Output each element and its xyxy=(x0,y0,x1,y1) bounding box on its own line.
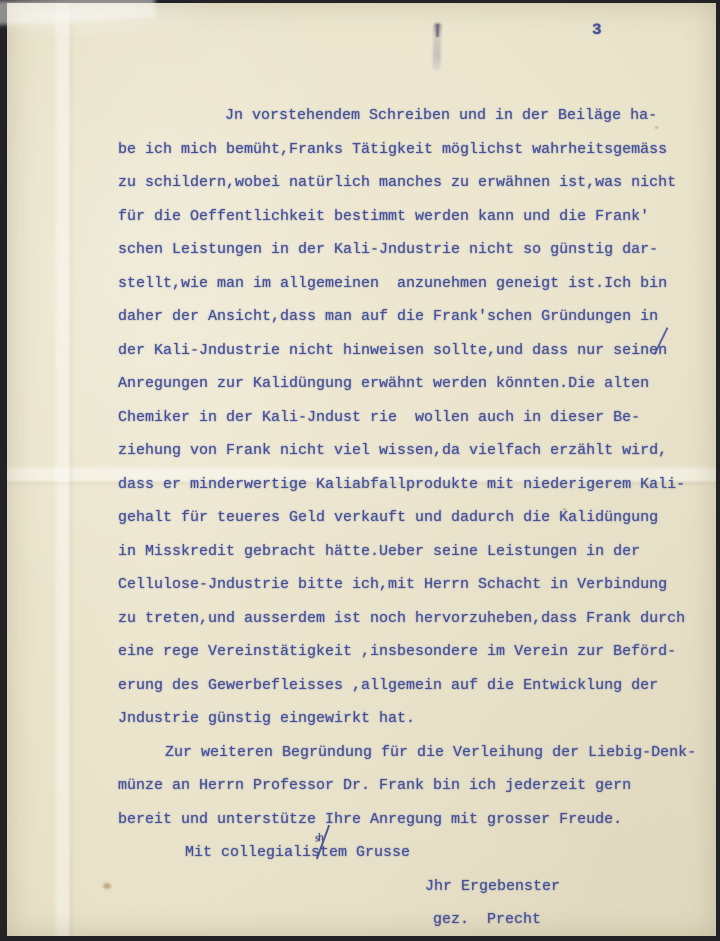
typed-line: Jndustrie günstig eingewirkt hat. xyxy=(118,702,718,736)
typed-line: zu schildern,wobei natürlich manches zu … xyxy=(118,166,718,200)
tape-mark xyxy=(0,0,156,25)
typed-line: stellt,wie man im allgemeinen anzunehmen… xyxy=(118,267,718,301)
paper-sheet: 3 Jn vorstehendem Schreiben und in der B… xyxy=(7,3,716,936)
typed-line: Chemiker in der Kali-Jndust rie wollen a… xyxy=(118,401,718,435)
typed-line: dass er minderwertige Kaliabfallprodukte… xyxy=(118,468,718,502)
page-number: 3 xyxy=(592,21,602,39)
typed-line: daher der Ansicht,dass man auf die Frank… xyxy=(118,300,718,334)
typed-line: be ich mich bemüht,Franks Tätigkeit mögl… xyxy=(118,133,718,167)
scanned-letter-page: { "page": { "page_number": "3", "paper_c… xyxy=(0,0,720,941)
typed-line: gez. Precht xyxy=(118,903,718,937)
typed-line: Jn vorstehendem Schreiben und in der Bei… xyxy=(118,99,718,133)
typed-line: ziehung von Frank nicht viel wissen,da v… xyxy=(118,434,718,468)
typed-line-with-strikeout: der Kali-Jndustrie nicht hinweisen sollt… xyxy=(118,334,718,368)
struck-character: tsh xyxy=(320,836,329,870)
typed-line: in Misskredit gebracht hätte.Ueber seine… xyxy=(118,535,718,569)
typed-line: eine rege Vereinstätigkeit ,insbesondere… xyxy=(118,635,718,669)
typed-line: zu treten,und ausserdem ist noch hervorz… xyxy=(118,602,718,636)
typed-line: gehalt für teueres Geld verkauft und dad… xyxy=(118,501,718,535)
typed-line: Cellulose-Jndustrie bitte ich,mit Herrn … xyxy=(118,568,718,602)
typed-line: für die Oeffentlichkeit bestimmt werden … xyxy=(118,200,718,234)
typed-line-with-correction: Mit collegialistshem Grusse xyxy=(118,836,718,870)
typed-text: Mit collegialis xyxy=(185,844,320,861)
typed-line: Anregungen zur Kalidüngung erwähnt werde… xyxy=(118,367,718,401)
letter-body: Jn vorstehendem Schreiben und in der Bei… xyxy=(118,99,718,937)
typed-line: münze an Herrn Professor Dr. Frank bin i… xyxy=(118,769,718,803)
typed-line: erung des Gewerbefleisses ,allgemein auf… xyxy=(118,669,718,703)
typed-text: em Grusse xyxy=(329,844,410,861)
typed-text: der Kali-Jndustrie nicht hinweisen sollt… xyxy=(118,342,658,359)
struck-character: n xyxy=(658,334,667,368)
pencil-tick-mark xyxy=(436,24,439,37)
typed-line: Jhr Ergebenster xyxy=(118,870,718,904)
stain-spot xyxy=(103,883,111,889)
typed-line: schen Leistungen in der Kali-Jndustrie n… xyxy=(118,233,718,267)
typed-line: Zur weiteren Begründung für die Verleihu… xyxy=(118,736,718,770)
typed-line: bereit und unterstütze Ihre Anregung mit… xyxy=(118,803,718,837)
